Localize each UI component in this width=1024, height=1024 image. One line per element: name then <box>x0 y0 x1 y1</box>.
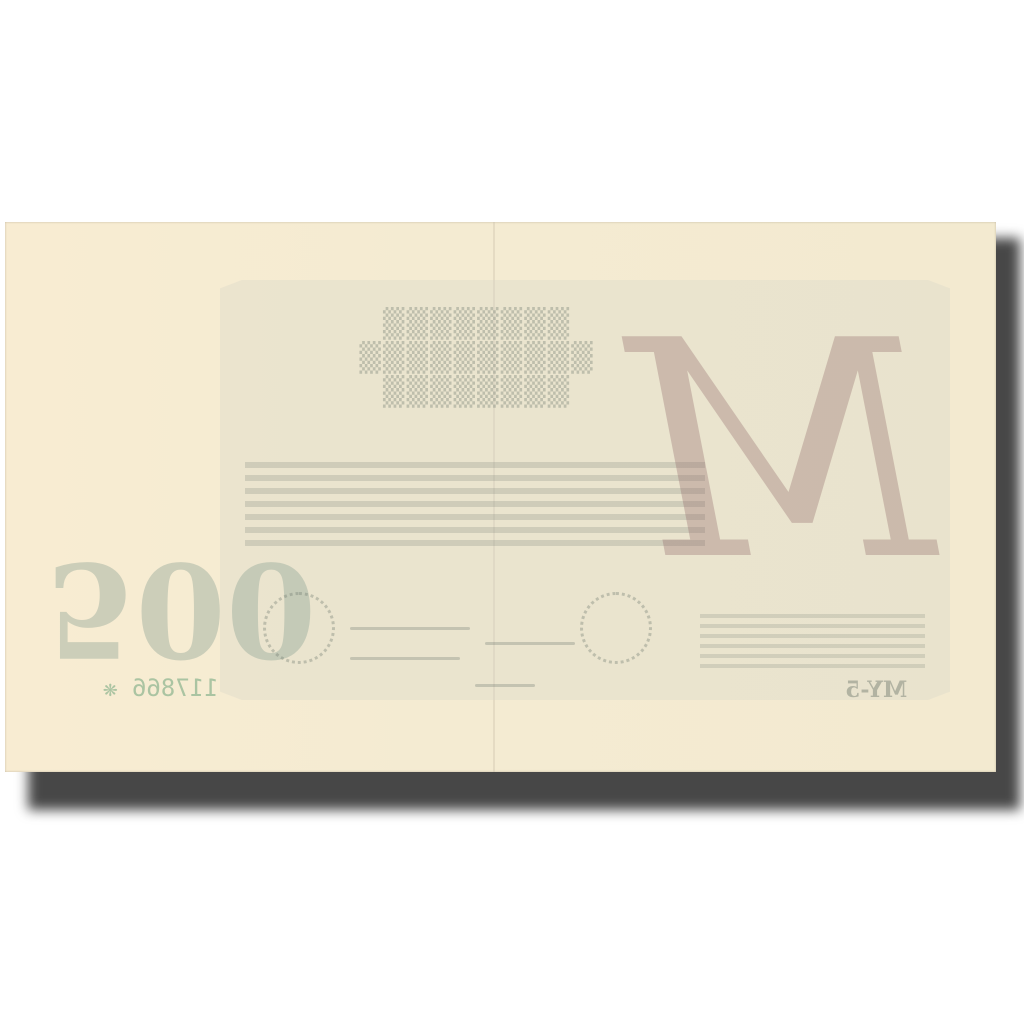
signature <box>350 657 460 660</box>
denomination-ghost: 500 <box>45 342 185 662</box>
banknote: 500 ▒▒▒▒▒▒▒▒▒▒▒▒▒▒▒▒▒▒▒▒▒▒▒▒▒▒ M 117866 … <box>5 222 996 772</box>
seal-left-icon <box>263 592 335 664</box>
signature <box>350 627 470 630</box>
serial-number: 117866 ❋ <box>103 674 219 702</box>
ornamental-letter-ghost: M <box>645 302 935 602</box>
signature <box>475 684 535 687</box>
fine-print-ghost <box>700 614 925 674</box>
seal-right-icon <box>580 592 652 664</box>
series-code: MY-5 <box>845 677 907 703</box>
signature <box>485 642 575 645</box>
